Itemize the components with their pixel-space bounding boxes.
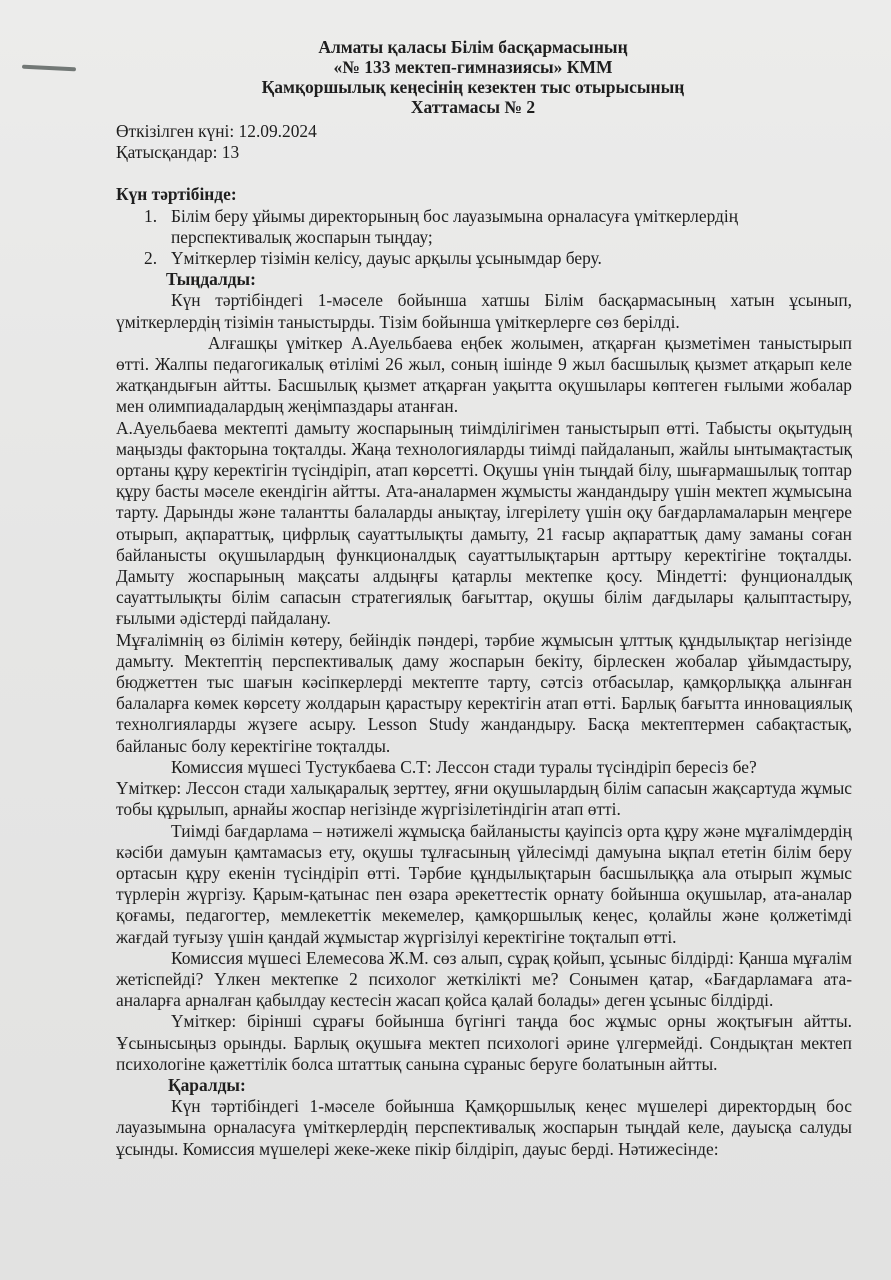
document-page: Алматы қаласы Білім басқармасының «№ 133… (0, 0, 891, 1280)
heard-paragraph: Күн тәртібіндегі 1-мәселе бойынша хатшы … (116, 290, 852, 332)
heard-paragraph: Мұғалімнің өз білімін көтеру, бейіндік п… (116, 630, 852, 757)
question-paragraph: Комиссия мүшесі Елемесова Ж.М. сөз алып,… (116, 948, 852, 1012)
staple-mark (22, 65, 76, 72)
document-header: Алматы қаласы Білім басқармасының «№ 133… (118, 37, 828, 117)
meeting-date: Өткізілген күні: 12.09.2024 (116, 121, 852, 142)
answer-paragraph: Үміткер: бірінші сұрағы бойынша бүгінгі … (116, 1011, 852, 1075)
heard-paragraph: Алғашқы үміткер А.Ауельбаева еңбек жолым… (116, 333, 852, 418)
considered-paragraph: Күн тәртібіндегі 1-мәселе бойынша Қамқор… (116, 1096, 852, 1160)
considered-section-title: Қаралды: (116, 1075, 852, 1096)
agenda-item-text: Үміткерлер тізімін келісу, дауыс арқылы … (171, 248, 602, 268)
answer-paragraph: Үміткер: Лессон стади халықаралық зертте… (116, 778, 852, 820)
agenda-item-text: Білім беру ұйымы директорының бос лауазы… (171, 206, 738, 247)
heard-paragraph: Тиімді бағдарлама – нәтижелі жұмысқа бай… (116, 821, 852, 948)
header-meeting: Қамқоршылық кеңесінің кезектен тыс отыры… (118, 77, 828, 97)
heard-section-title: Тыңдалды: (116, 269, 852, 290)
header-organization: Алматы қаласы Білім басқармасының (118, 37, 828, 57)
agenda-item-number: 2. (144, 248, 157, 269)
document-body: Өткізілген күні: 12.09.2024 Қатысқандар:… (116, 121, 852, 1160)
participants-count: Қатысқандар: 13 (116, 142, 852, 163)
agenda-list: 1. Білім беру ұйымы директорының бос лау… (116, 206, 852, 270)
agenda-item: 1. Білім беру ұйымы директорының бос лау… (171, 206, 852, 248)
heard-paragraph: А.Ауельбаева мектепті дамыту жоспарының … (116, 418, 852, 630)
agenda-item-number: 1. (144, 206, 157, 227)
agenda-title: Күн тәртібінде: (116, 184, 852, 205)
header-protocol-number: Хаттамасы № 2 (118, 97, 828, 117)
question-paragraph: Комиссия мүшесі Тустукбаева С.Т: Лессон … (116, 757, 852, 778)
header-school: «№ 133 мектеп-гимназиясы» КММ (118, 57, 828, 77)
agenda-item: 2. Үміткерлер тізімін келісу, дауыс арқы… (171, 248, 852, 269)
